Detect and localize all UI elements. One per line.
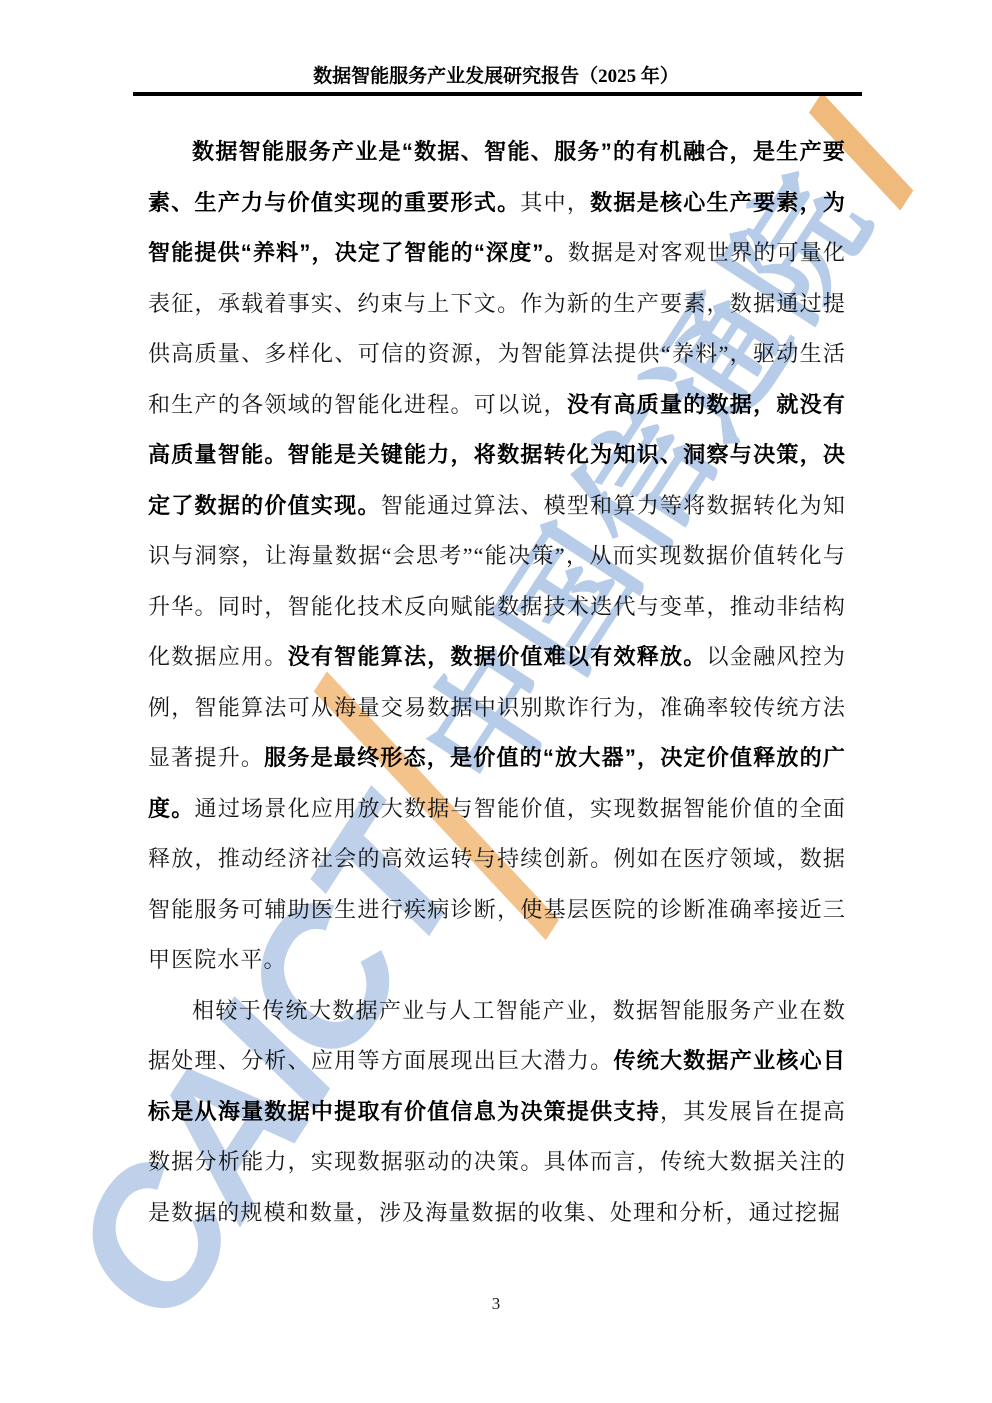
paragraph: 相较于传统大数据产业与人工智能产业，数据智能服务产业在数据处理、分析、应用等方面… (148, 986, 846, 1239)
body-text-run: 通过场景化应用放大数据与智能价值，实现数据智能价值的全面释放，推动经济社会的高效… (148, 796, 846, 973)
body-text-run: 其中， (520, 190, 590, 215)
report-title: 数据智能服务产业发展研究报告（2025 年） (0, 64, 992, 90)
page-number: 3 (0, 1294, 992, 1314)
document-page: CAICT 中国信通院 数据智能服务产业发展研究报告（2025 年） 数据智能服… (0, 0, 992, 1403)
paragraph: 数据智能服务产业是“数据、智能、服务”的有机融合，是生产要素、生产力与价值实现的… (148, 127, 846, 986)
document-body: 数据智能服务产业是“数据、智能、服务”的有机融合，是生产要素、生产力与价值实现的… (148, 127, 846, 1238)
body-text-run: 数据是对客观世界的可量化表征，承载着事实、约束与上下文。作为新的生产要素，数据通… (148, 240, 846, 417)
header-rule (133, 92, 862, 96)
body-text-run: 智能通过算法、模型和算力等将数据转化为知识与洞察，让海量数据“会思考”“能决策”… (148, 493, 846, 670)
emphasis-text-run: 没有智能算法，数据价值难以有效释放。 (288, 644, 707, 669)
